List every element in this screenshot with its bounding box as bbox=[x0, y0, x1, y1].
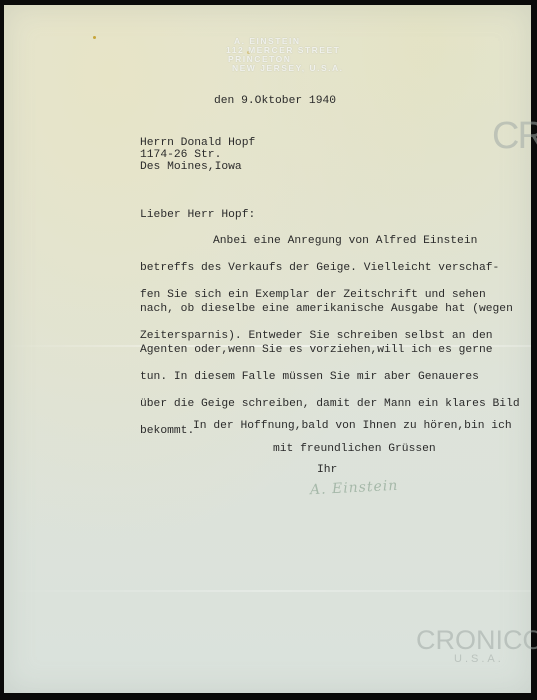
fold-line-lower bbox=[4, 590, 531, 592]
letterhead: A. EINSTEIN 112 MERCER STREET PRINCETON … bbox=[226, 37, 386, 73]
body-line: Anbei eine Anregung von Alfred Einstein bbox=[213, 235, 477, 248]
body-line: tun. In diesem Falle müssen Sie mir aber… bbox=[140, 371, 479, 384]
body-line: Agenten oder,wenn Sie es vorziehen,will … bbox=[140, 344, 493, 357]
salutation: Lieber Herr Hopf: bbox=[140, 209, 255, 222]
letter-date: den 9.Oktober 1940 bbox=[214, 95, 336, 108]
letterhead-line: NEW JERSEY, U.S.A. bbox=[226, 64, 386, 73]
recipient-city: Des Moines,Iowa bbox=[140, 161, 242, 174]
body-line: betreffs des Verkaufs der Geige. Viellei… bbox=[140, 262, 499, 275]
watermark-stamp-bottom: CRONICON bbox=[416, 625, 537, 656]
body-line: fen Sie sich ein Exemplar der Zeitschrif… bbox=[140, 289, 486, 302]
closing-line-1: In der Hoffnung,bald von Ihnen zu hören,… bbox=[193, 420, 512, 433]
watermark-stamp-bottom-sub: U.S.A. bbox=[454, 653, 504, 665]
paper-speck bbox=[93, 36, 96, 39]
body-line: über die Geige schreiben, damit der Mann… bbox=[140, 398, 520, 411]
closing-line-3: Ihr bbox=[317, 464, 337, 477]
body-line: bekommt. bbox=[140, 425, 194, 438]
watermark-stamp-top: CR bbox=[492, 115, 537, 158]
closing-line-2: mit freundlichen Grüssen bbox=[273, 443, 436, 456]
body-line: Zeitersparnis). Entweder Sie schreiben s… bbox=[140, 330, 493, 343]
body-line: nach, ob dieselbe eine amerikanische Aus… bbox=[140, 303, 513, 316]
